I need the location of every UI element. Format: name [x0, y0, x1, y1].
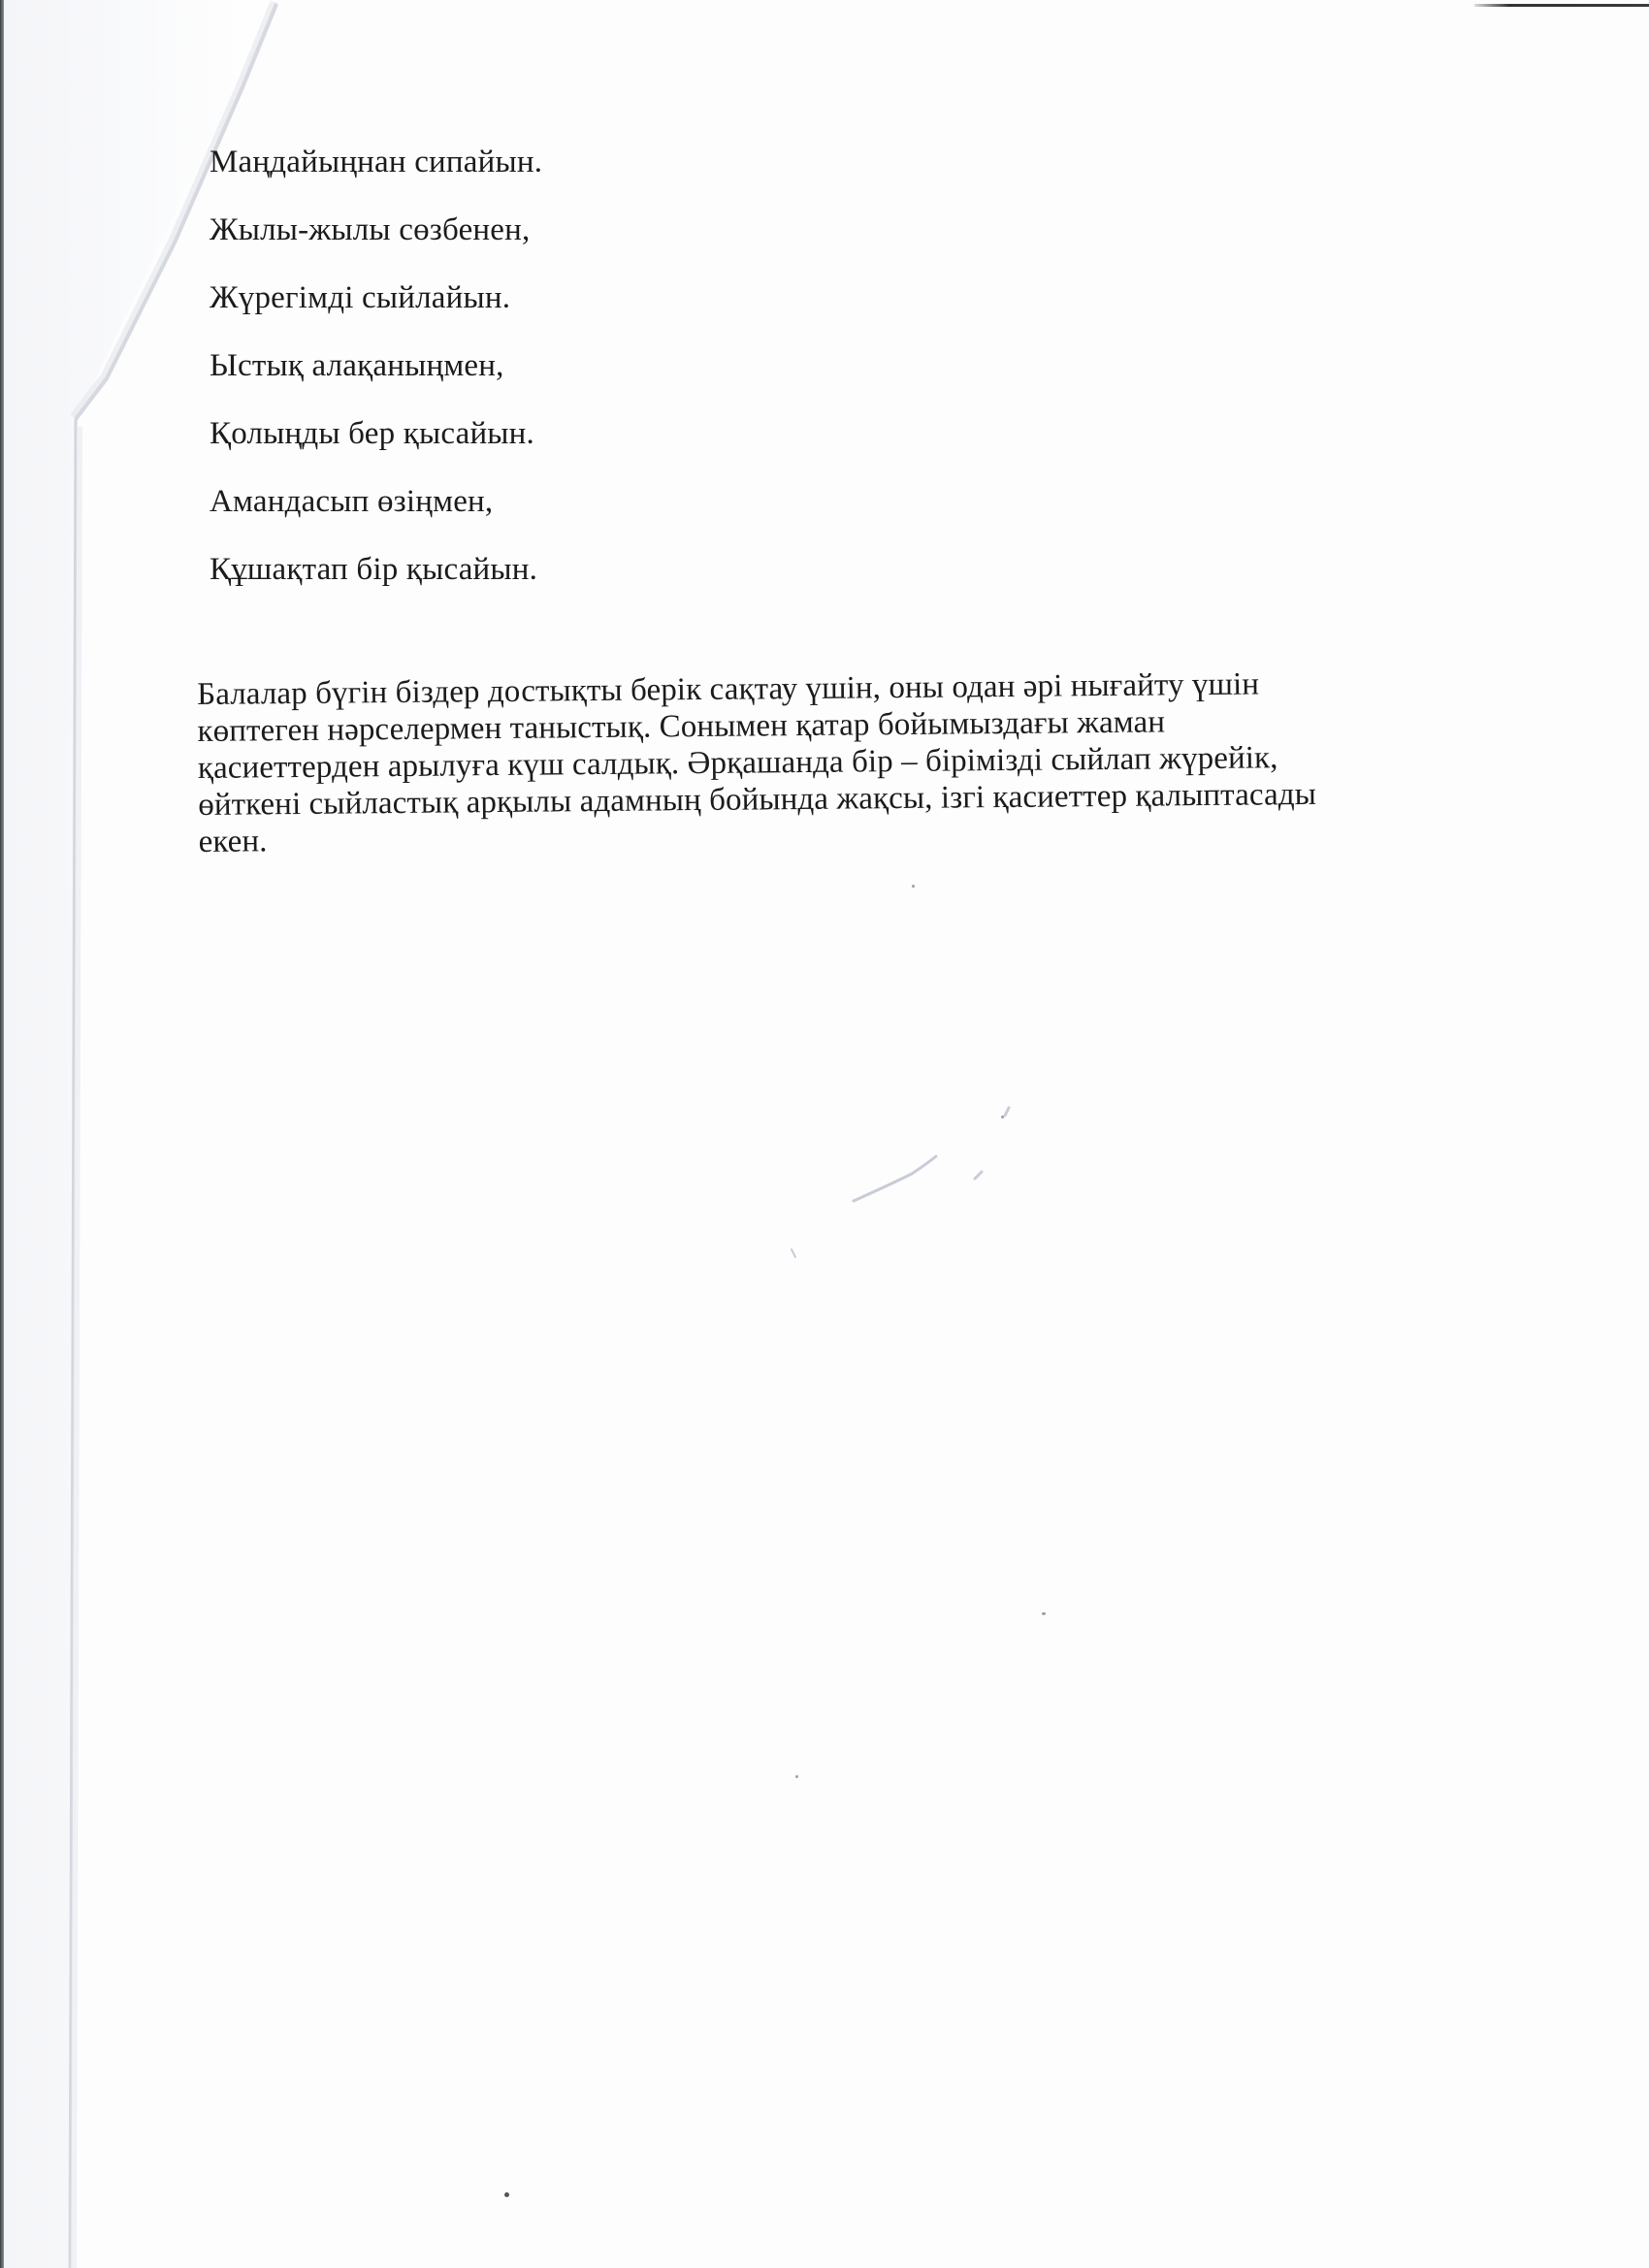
poem-line: Құшақтап бір қысайын.: [210, 548, 542, 592]
poem-line: Амандасып өзіңмен,: [210, 480, 542, 524]
poem-line: Маңдайыңнан сипайын.: [210, 141, 542, 184]
paper-scratch-mark: [776, 1086, 1028, 1261]
speck: [1001, 1116, 1004, 1118]
closing-paragraph: Балалар бүгін біздер достықты берік сақт…: [197, 664, 1557, 860]
speck: [795, 1775, 798, 1778]
poem-line: Жылы-жылы сөзбенен,: [210, 209, 542, 252]
scanned-page: Маңдайыңнан сипайын. Жылы-жылы сөзбенен,…: [0, 0, 1649, 2268]
speck: [504, 2192, 509, 2197]
poem-line: Қолыңды бер қысайын.: [210, 412, 542, 456]
speck: [1042, 1612, 1046, 1615]
poem-line: Жүрегімді сыйлайын.: [210, 276, 542, 320]
poem-line: Ыстық алақаныңмен,: [210, 344, 542, 388]
scanner-top-edge: [1474, 4, 1649, 7]
scanner-left-edge: [0, 0, 4, 2268]
speck: [912, 885, 915, 888]
poem-stanza: Маңдайыңнан сипайын. Жылы-жылы сөзбенен,…: [210, 141, 542, 616]
